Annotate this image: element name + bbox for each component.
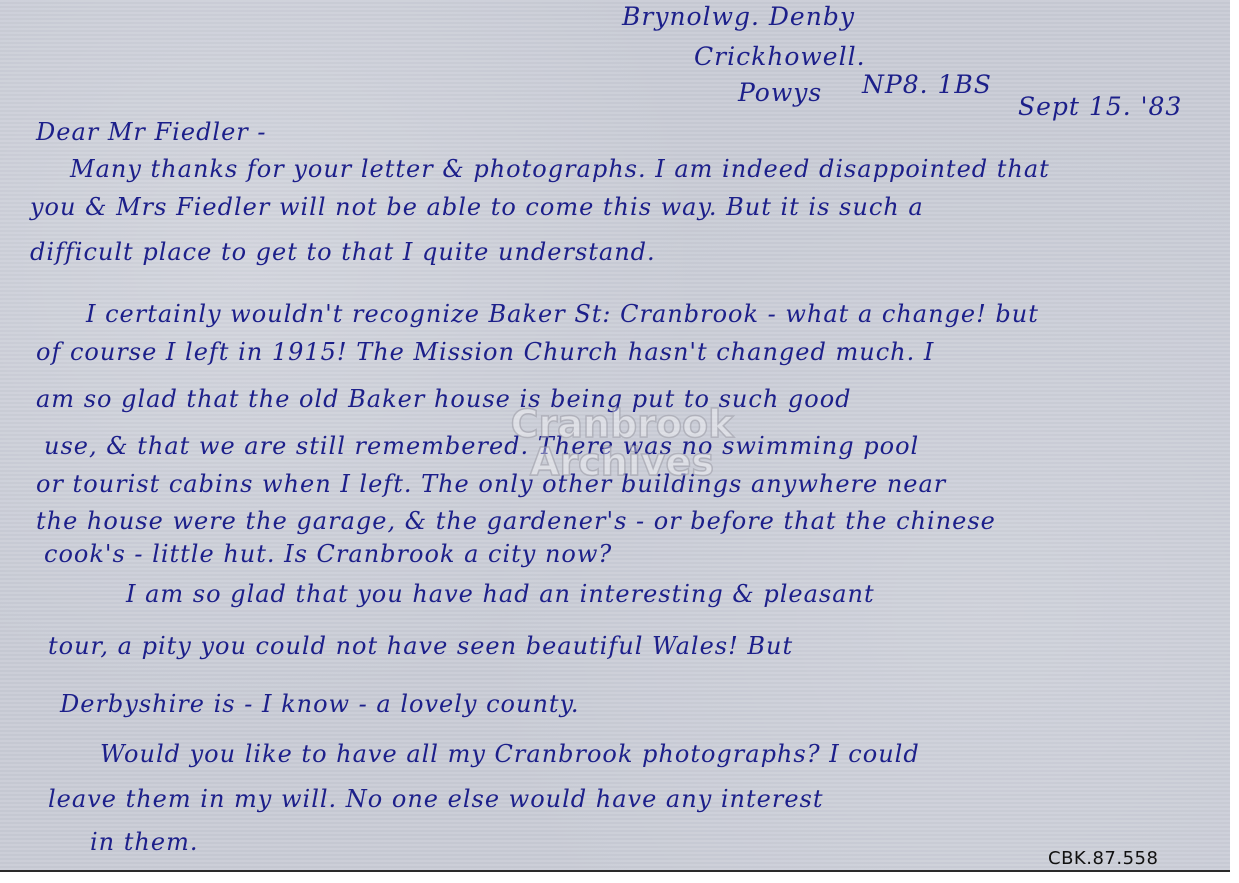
- letter-line: Would you like to have all my Cranbrook …: [100, 740, 920, 768]
- address-line-2: Crickhowell.: [694, 42, 866, 71]
- archive-watermark: Cranbrook Archives: [492, 405, 752, 481]
- letter-line: difficult place to get to that I quite u…: [30, 238, 656, 266]
- watermark-line-1: Cranbrook: [492, 405, 752, 443]
- address-postcode: NP8. 1BS: [862, 70, 992, 99]
- salutation: Dear Mr Fiedler -: [36, 118, 267, 146]
- address-line-3: Powys: [738, 78, 822, 107]
- letter-line: tour, a pity you could not have seen bea…: [48, 632, 793, 660]
- letter-line: I certainly wouldn't recognize Baker St:…: [86, 300, 1039, 328]
- letter-date: Sept 15. '83: [1018, 92, 1182, 121]
- letter-line: leave them in my will. No one else would…: [48, 785, 824, 813]
- letter-line: in them.: [90, 828, 198, 856]
- letter-line: Many thanks for your letter & photograph…: [70, 155, 1050, 183]
- letter-line: cook's - little hut. Is Cranbrook a city…: [44, 540, 612, 568]
- letter-line: you & Mrs Fiedler will not be able to co…: [30, 193, 924, 221]
- letter-line: the house were the garage, & the gardene…: [36, 507, 996, 535]
- letter-paper: Brynolwg. Denby Crickhowell. Powys NP8. …: [0, 0, 1230, 872]
- letter-line: of course I left in 1915! The Mission Ch…: [36, 338, 934, 366]
- letter-line: use, & that we are still remembered. The…: [44, 432, 919, 460]
- address-line-1: Brynolwg. Denby: [622, 2, 855, 31]
- accession-number: CBK.87.558: [1048, 848, 1158, 869]
- letter-line: Derbyshire is - I know - a lovely county…: [60, 690, 580, 718]
- letter-line: I am so glad that you have had an intere…: [126, 580, 875, 608]
- watermark-line-2: Archives: [492, 443, 752, 481]
